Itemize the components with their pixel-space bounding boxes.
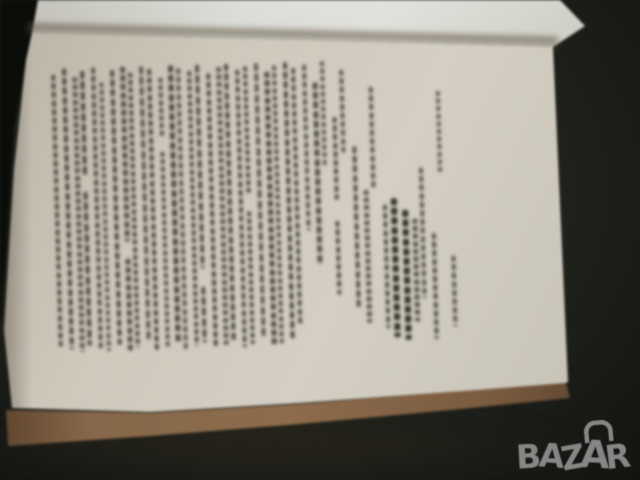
photo-scene: BAZAR bbox=[0, 0, 640, 480]
text-line bbox=[369, 86, 376, 190]
text-line bbox=[160, 151, 170, 346]
text-line bbox=[391, 198, 401, 337]
text-line bbox=[335, 221, 341, 295]
text-line bbox=[110, 70, 122, 345]
text-line bbox=[302, 65, 311, 231]
text-line bbox=[80, 71, 87, 178]
text-line bbox=[158, 77, 164, 136]
text-line bbox=[339, 69, 345, 152]
text-line bbox=[451, 256, 457, 327]
text-line bbox=[419, 168, 427, 298]
text-line bbox=[84, 192, 92, 346]
text-line bbox=[383, 204, 391, 328]
text-line bbox=[432, 233, 439, 340]
text-line bbox=[364, 190, 372, 323]
text-line bbox=[332, 117, 338, 200]
text-line bbox=[243, 66, 251, 193]
watermark-letter: B bbox=[516, 439, 540, 473]
text-line bbox=[413, 218, 420, 322]
text-line bbox=[247, 211, 255, 344]
shopping-bag-letter: A bbox=[579, 434, 607, 474]
text-line bbox=[352, 146, 361, 309]
shopping-bag-handle-icon bbox=[583, 419, 614, 443]
text-line bbox=[195, 65, 205, 269]
open-book-photo bbox=[0, 0, 640, 480]
text-line bbox=[254, 63, 266, 338]
text-line bbox=[436, 90, 442, 173]
bazar-watermark-logo: BAZAR bbox=[516, 427, 627, 473]
text-line bbox=[320, 61, 327, 165]
text-line bbox=[206, 73, 218, 348]
text-line bbox=[62, 68, 74, 349]
page-text-block bbox=[52, 54, 464, 361]
text-line bbox=[126, 259, 133, 351]
text-line bbox=[402, 210, 412, 340]
text-line bbox=[201, 286, 207, 342]
